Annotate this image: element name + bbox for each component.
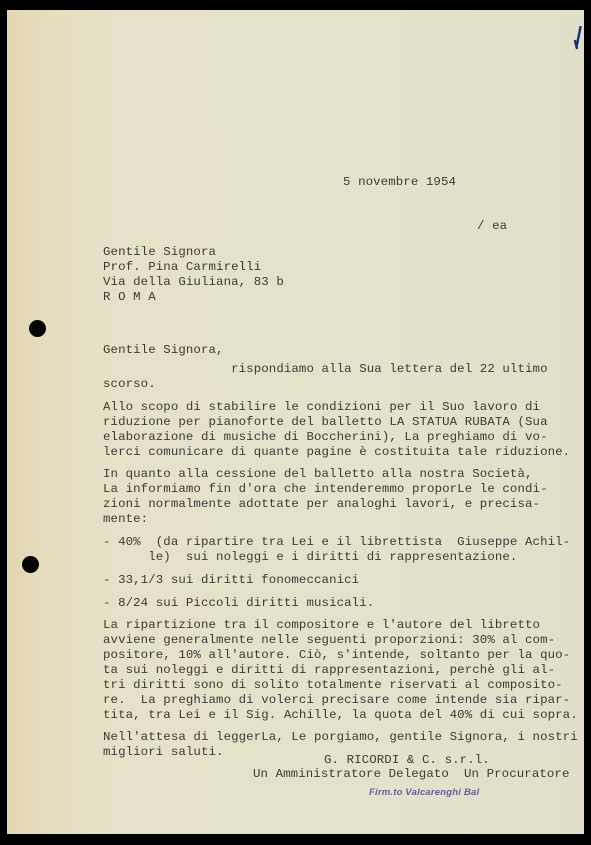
term-item: le) sui noleggi e i diritti di rappresen… (103, 550, 517, 565)
recipient-line: Gentile Signora (103, 245, 216, 260)
text-line: La ripartizione tra il compositore e l'a… (103, 618, 540, 633)
company-name: G. RICORDI & C. s.r.l. (324, 753, 490, 768)
text-line: avviene generalmente nelle seguenti prop… (103, 633, 555, 648)
text-line: lerci comunicare di quante pagine è cost… (103, 445, 570, 460)
recipient-line: Via della Giuliana, 83 b (103, 275, 284, 290)
letter-page: 5 novembre 1954 / ea Gentile Signora Pro… (7, 10, 584, 834)
text-line: La informiamo fin d'ora che intenderemmo… (103, 482, 548, 497)
punch-hole (22, 556, 39, 573)
salutation: Gentile Signora, (103, 343, 224, 358)
text-line: ta sui noleggi e diritti di rappresentaz… (103, 663, 555, 678)
punch-hole (29, 320, 46, 337)
text-line: migliori saluti. (103, 745, 224, 760)
text-line: mente: (103, 512, 148, 527)
signatory-roles: Un Amministratore Delegato Un Procurator… (253, 767, 570, 782)
text-line: re. La preghiamo di volerci precisare co… (103, 693, 570, 708)
text-line: positore, 10% all'autore. Ciò, s'intende… (103, 648, 570, 663)
reference-code: / ea (477, 219, 507, 234)
text-line: rispondiamo alla Sua lettera del 22 ulti… (103, 362, 548, 377)
text-line: Nell'attesa di leggerLa, Le porgiamo, ge… (103, 730, 578, 745)
text-line: tri diritti sono di solito totalmente ri… (103, 678, 563, 693)
text-line: In quanto alla cessione del balletto all… (103, 467, 533, 482)
text-line: zioni normalmente adottate per analoghi … (103, 497, 540, 512)
recipient-line: Prof. Pina Carmirelli (103, 260, 261, 275)
letter-date: 5 novembre 1954 (343, 175, 456, 190)
recipient-line: R O M A (103, 290, 156, 305)
check-mark-icon (573, 26, 583, 52)
text-line: riduzione per pianoforte del balletto LA… (103, 415, 548, 430)
term-item: - 8/24 sui Piccoli diritti musicali. (103, 596, 374, 611)
signature-stamp: Firm.to Valcarenghi Bal (369, 787, 479, 798)
text-line: Allo scopo di stabilire le condizioni pe… (103, 400, 540, 415)
term-item: - 40% (da ripartire tra Lei e il librett… (103, 535, 570, 550)
text-line: scorso. (103, 377, 156, 392)
text-line: tita, tra Lei e il Sig. Achille, la quot… (103, 708, 578, 723)
text-line: elaborazione di musiche di Boccherini), … (103, 430, 548, 445)
term-item: - 33,1/3 sui diritti fonomeccanici (103, 573, 359, 588)
